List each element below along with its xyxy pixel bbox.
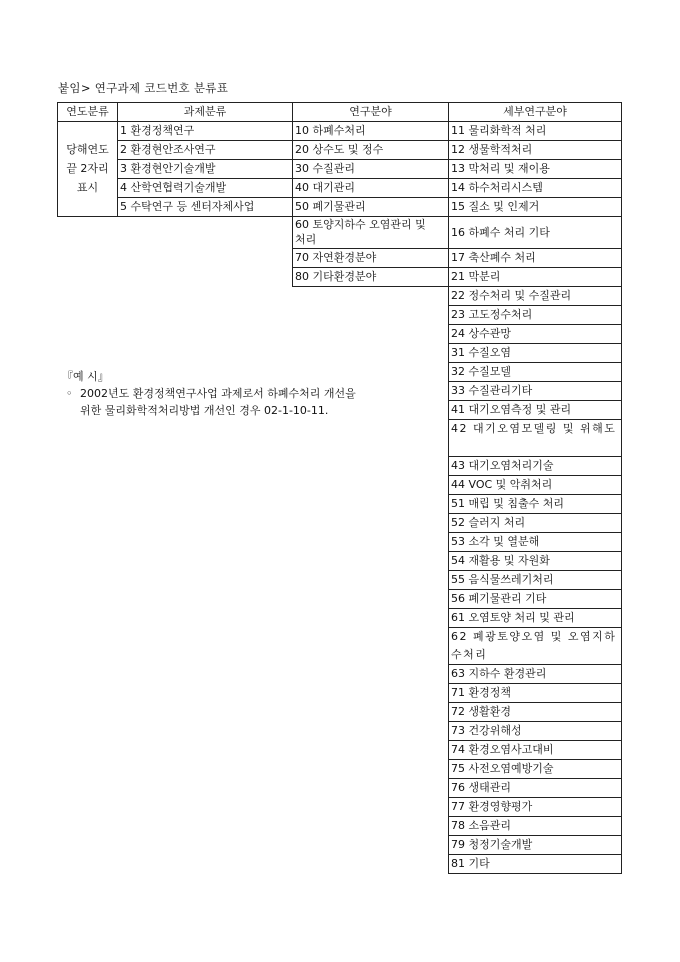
header-year-classification: 연도분류 (57, 102, 118, 122)
detail-field-row: 12 생물학적처리 (448, 140, 622, 160)
detail-field-row: 56 폐기물관리 기타 (448, 589, 622, 609)
detail-field-row: 52 슬러지 처리 (448, 513, 622, 533)
detail-field-row: 51 매립 및 침출수 처리 (448, 494, 622, 514)
project-category-row: 3 환경현안기술개발 (117, 159, 293, 179)
detail-field-row: 75 사전오염예방기술 (448, 759, 622, 779)
detail-field-row: 81 기타 (448, 854, 622, 874)
year-rule-line: 당해연도 (58, 140, 117, 159)
project-category-row: 5 수탁연구 등 센터자체사업 (117, 197, 293, 217)
detail-field-row: 62 폐광토양오염 및 오염지하수처리 (448, 627, 622, 665)
detail-field-row: 41 대기오염측정 및 관리 (448, 400, 622, 420)
research-field-row: 70 자연환경분야 (292, 248, 449, 268)
detail-field-row: 16 하폐수 처리 기타 (448, 216, 622, 249)
project-category-row: 1 환경정책연구 (117, 121, 293, 141)
detail-field-row: 11 물리화학적 처리 (448, 121, 622, 141)
bullet-icon: ◦ (66, 385, 80, 402)
research-field-row: 40 대기관리 (292, 178, 449, 198)
example-text: 2002년도 환경정책연구사업 과제로서 하폐수처리 개선을 (80, 387, 356, 400)
detail-field-row: 22 정수처리 및 수질관리 (448, 286, 622, 306)
detail-field-row: 13 막처리 및 재이용 (448, 159, 622, 179)
detail-field-row: 55 음식물쓰레기처리 (448, 570, 622, 590)
project-category-row: 2 환경현안조사연구 (117, 140, 293, 160)
example-line: ◦2002년도 환경정책연구사업 과제로서 하폐수처리 개선을 (66, 385, 446, 402)
detail-field-row: 72 생활환경 (448, 702, 622, 722)
research-field-row: 80 기타환경분야 (292, 267, 449, 287)
example-body: ◦2002년도 환경정책연구사업 과제로서 하폐수처리 개선을 위한 물리화학적… (66, 385, 446, 419)
research-field-row: 60 토양지하수 오염관리 및 처리 (292, 216, 449, 249)
detail-field-row: 32 수질모델 (448, 362, 622, 382)
example-line: 위한 물리화학적처리방법 개선인 경우 02-1-10-11. (66, 402, 446, 419)
detail-field-row: 31 수질오염 (448, 343, 622, 363)
detail-field-row: 71 환경정책 (448, 683, 622, 703)
year-rule-cell: 당해연도 끝 2자리 표시 (57, 121, 118, 217)
detail-field-row: 78 소음관리 (448, 816, 622, 836)
detail-field-row: 21 막분리 (448, 267, 622, 287)
detail-field-row: 61 오염토양 처리 및 관리 (448, 608, 622, 628)
detail-field-row: 77 환경영향평가 (448, 797, 622, 817)
detail-field-row: 24 상수관망 (448, 324, 622, 344)
detail-field-row: 43 대기오염처리기술 (448, 456, 622, 476)
detail-field-row: 63 지하수 환경관리 (448, 664, 622, 684)
detail-field-row: 17 축산폐수 처리 (448, 248, 622, 268)
detail-field-row: 53 소각 및 열분해 (448, 532, 622, 552)
detail-field-row: 33 수질관리기타 (448, 381, 622, 401)
detail-field-row: 76 생태관리 (448, 778, 622, 798)
header-project-classification: 과제분류 (117, 102, 293, 122)
example-heading: 『예 시』 (62, 368, 109, 384)
research-field-row: 10 하폐수처리 (292, 121, 449, 141)
detail-field-row: 15 질소 및 인제거 (448, 197, 622, 217)
detail-field-row: 23 고도정수처리 (448, 305, 622, 325)
project-category-row: 4 산학연협력기술개발 (117, 178, 293, 198)
detail-field-row: 73 건강위해성 (448, 721, 622, 741)
year-rule-line: 끝 2자리 (58, 159, 117, 178)
research-field-row: 20 상수도 및 정수 (292, 140, 449, 160)
detail-field-row: 79 청정기술개발 (448, 835, 622, 855)
year-rule-line: 표시 (58, 178, 117, 197)
detail-field-row: 42 대기오염모델링 및 위해도 (448, 419, 622, 457)
detail-field-row: 14 하수처리시스템 (448, 178, 622, 198)
research-field-row: 50 폐기물관리 (292, 197, 449, 217)
detail-field-row: 44 VOC 및 악취처리 (448, 475, 622, 495)
detail-field-row: 74 환경오염사고대비 (448, 740, 622, 760)
detail-field-row: 54 재활용 및 자원화 (448, 551, 622, 571)
document-title: 붙임> 연구과제 코드번호 분류표 (58, 80, 228, 96)
header-detail-research-field: 세부연구분야 (448, 102, 622, 122)
research-field-row: 30 수질관리 (292, 159, 449, 179)
header-research-field: 연구분야 (292, 102, 449, 122)
